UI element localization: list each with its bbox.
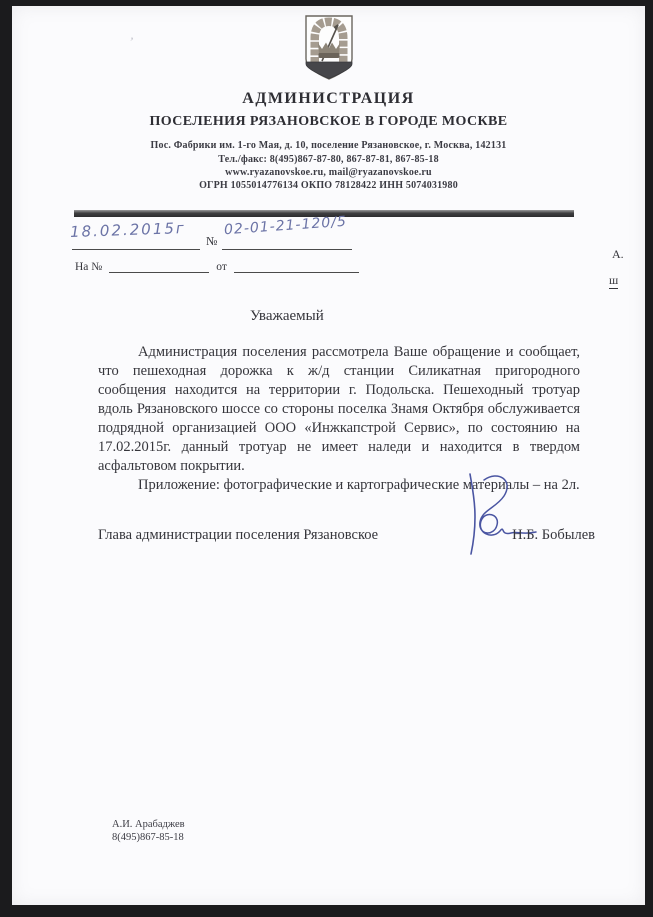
signatory-name: Н.Б. Бобылев: [512, 527, 595, 544]
signature-row: Глава администрации поселения Рязановско…: [98, 527, 595, 544]
coat-of-arms: [12, 14, 645, 87]
date-underline: [72, 249, 200, 250]
signatory-title: Глава администрации поселения Рязановско…: [98, 527, 378, 544]
executor-block: А.И. Арабаджев 8(495)867-85-18: [112, 818, 185, 844]
coat-of-arms-icon: [303, 14, 355, 82]
body-line: сообщения находится на территории г. Под…: [98, 381, 580, 400]
greeting: Уважаемый: [250, 308, 324, 325]
body-line: Администрация поселения рассмотрела Ваше…: [98, 343, 580, 362]
org-address: Пос. Фабрики им. 1-го Мая, д. 10, поселе…: [12, 140, 645, 151]
signature-ink-icon: [440, 472, 544, 560]
body-line: вдоль Рязановского шоссе со стороны посе…: [98, 400, 580, 419]
scanned-letter: ’ АДМИНИСТРАЦИЯ ПОСЕЛЕНИЯ РЯЗАНОВСКОЕ В …: [0, 0, 653, 917]
handwritten-date: 18.02.2015г: [70, 219, 186, 241]
org-registration-codes: ОГРН 1055014776134 ОКПО 78128422 ИНН 507…: [12, 180, 645, 191]
executor-phone: 8(495)867-85-18: [112, 831, 185, 844]
reply-date-blank: [234, 261, 359, 273]
org-phone-line: Тел./факс: 8(495)867-87-80, 867-87-81, 8…: [12, 154, 645, 165]
reply-number-label: На №: [75, 261, 102, 273]
org-subtitle: ПОСЕЛЕНИЯ РЯЗАНОВСКОЕ В ГОРОДЕ МОСКВЕ: [12, 114, 645, 130]
number-underline: [222, 249, 352, 250]
addressee-fragment-cutoff: ш: [609, 273, 618, 289]
org-web-email: www.ryazanovskoe.ru, mail@ryazanovskoe.r…: [12, 167, 645, 178]
body-line: подрядной организацией ООО «Инжкапстрой …: [98, 419, 580, 438]
reply-date-label: от: [216, 261, 227, 273]
body-line: 17.02.2015г. данный тротуар не имеет нал…: [98, 438, 580, 457]
number-label: №: [206, 234, 217, 249]
letter-page: ’ АДМИНИСТРАЦИЯ ПОСЕЛЕНИЯ РЯЗАНОВСКОЕ В …: [12, 6, 645, 905]
handwritten-outgoing-number: 02-01-21-120/5: [224, 214, 348, 239]
executor-name: А.И. Арабаджев: [112, 818, 185, 831]
addressee-fragment-initials: А.: [612, 247, 624, 262]
body-line: что пешеходная дорожка к ж/д станции Сил…: [98, 362, 580, 381]
reply-number-blank: [109, 261, 209, 273]
org-title: АДМИНИСТРАЦИЯ: [12, 90, 645, 108]
reply-reference-row: На № от: [75, 261, 359, 273]
